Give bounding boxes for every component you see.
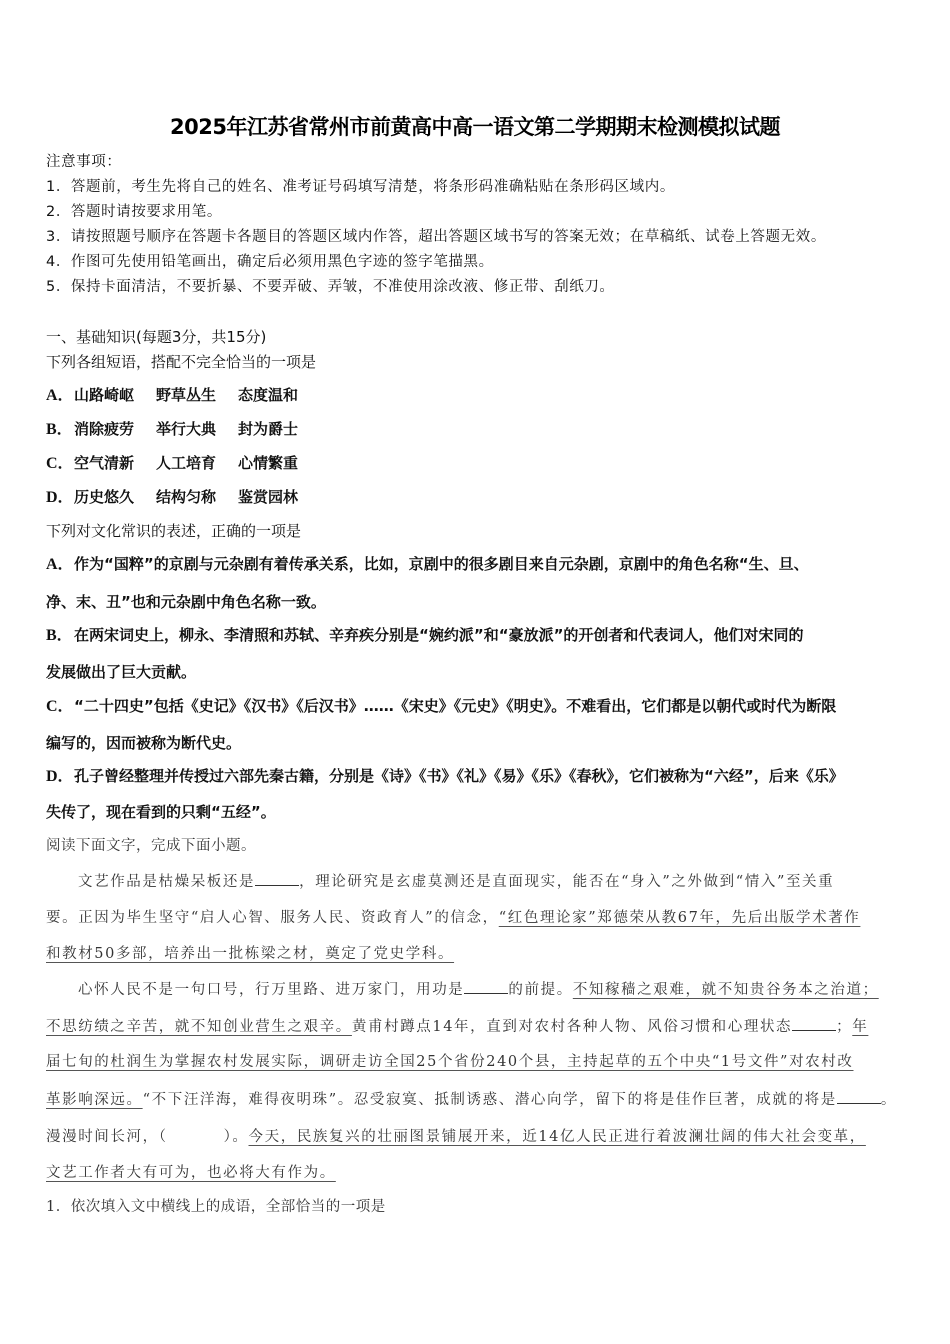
option-text: 在两宋词史上，柳永、李清照和苏轼、辛弃疾分别是“婉约派”和“豪放派”的开创者和代… (74, 626, 803, 644)
underlined-sentence: 和教材50多部，培养出一批栋梁之材，奠定了党史学科。 (46, 946, 454, 962)
underlined-sentence: 今天，民族复兴的壮丽图景铺展开来，近14亿人民正进行着波澜壮阔的伟大社会变革， (249, 1129, 866, 1145)
notice-item-3: 3．请按照题号顺序在答题卡各题目的答题区域内作答，超出答题区域书写的答案无效；在… (46, 227, 826, 247)
notice-item-5: 5．保持卡面清洁，不要折暴、不要弄破、弄皱，不准使用涂改液、修正带、刮纸刀。 (46, 277, 615, 297)
q2-option-b-line2: 发展做出了巨大贡献。 (46, 662, 196, 682)
passage-text: “不下汪洋海，难得夜明珠”。忍受寂寞、抵制诱惑、潜心向学，留下的将是佳作巨著，成… (143, 1092, 837, 1108)
reading-instruction: 阅读下面文字，完成下面小题。 (46, 836, 256, 856)
exam-title: 2025年江苏省常州市前黄高中高一语文第二学期期末检测模拟试题 (0, 111, 950, 141)
underlined-sentence: 不思纺绩之辛苦，就不知创业营生之艰辛。 (46, 1019, 352, 1035)
passage-p2-line2: 不思纺绩之辛苦，就不知创业营生之艰辛。黄甫村蹲点14年，直到对农村各种人物、风俗… (46, 1016, 868, 1037)
q2-option-c-line2: 编写的，因而被称为断代史。 (46, 733, 241, 753)
fill-blank-3 (792, 1016, 836, 1031)
passage-text: 黄甫村蹲点14年，直到对农村各种人物、风俗习惯和心理状态 (352, 1019, 792, 1035)
option-letter: A． (46, 555, 74, 575)
option-letter: D． (46, 767, 74, 787)
option-letter: C． (46, 454, 74, 474)
notice-item-4: 4．作图可先使用铅笔画出，确定后必须用黑色字迹的签字笔描黑。 (46, 252, 494, 272)
notice-item-2: 2．答题时请按要求用笔。 (46, 202, 222, 222)
passage-p2-line1: 心怀人民不是一句口号，行万里路、进万家门，用功是的前提。不知稼穑之艰难，就不知贵… (46, 979, 879, 1000)
q2-option-c-line1: C．“二十四史”包括《史记》《汉书》《后汉书》……《宋史》《元史》《明史》。不难… (46, 696, 836, 717)
notice-heading: 注意事项： (46, 152, 122, 172)
q1-option-d: D．历史悠久结构匀称鉴赏园林 (46, 487, 320, 508)
option-text: 孔子曾经整理并传授过六部先秦古籍，分别是《诗》《书》《礼》《易》《乐》《春秋》，… (74, 767, 844, 785)
option-letter: A． (46, 386, 74, 406)
passage-text: 的前提。 (508, 982, 572, 998)
passage-text: 心怀人民不是一句口号，行万里路、进万家门，用功是 (78, 982, 464, 998)
phrase: 封为爵士 (238, 419, 298, 439)
section-heading: 一、基础知识(每题3分，共15分) (46, 327, 266, 347)
option-letter: B． (46, 626, 74, 646)
option-letter: B． (46, 420, 74, 440)
option-letter: C． (46, 697, 74, 717)
underlined-sentence: 届七旬的杜润生为掌握农村发展实际，调研走访全国25个省份240个县，主持起草的五… (46, 1054, 853, 1070)
phrase: 空气清新 (74, 453, 134, 473)
phrase: 消除疲劳 (74, 419, 134, 439)
q1-option-c: C．空气清新人工培育心情繁重 (46, 453, 320, 474)
phrase: 态度温和 (238, 385, 298, 405)
passage-p2-line4: 革影响深远。“不下汪洋海，难得夜明珠”。忍受寂寞、抵制诱惑、潜心向学，留下的将是… (46, 1089, 897, 1110)
q2-option-a-line1: A．作为“国粹”的京剧与元杂剧有着传承关系，比如，京剧中的很多剧目来自元杂剧，京… (46, 554, 809, 575)
passage-text: 。 (881, 1092, 897, 1108)
phrase: 历史悠久 (74, 487, 134, 507)
passage-p2-line5: 漫漫时间长河，（）。今天，民族复兴的壮丽图景铺展开来，近14亿人民正进行着波澜壮… (46, 1127, 866, 1147)
passage-text: 漫漫时间长河，（ (46, 1129, 168, 1145)
passage-text: 文艺作品是枯燥呆板还是 (78, 874, 255, 890)
phrase: 鉴赏园林 (238, 487, 298, 507)
option-letter: D． (46, 488, 74, 508)
notice-item-1: 1．答题前，考生先将自己的姓名、准考证号码填写清楚，将条形码准确粘贴在条形码区域… (46, 177, 675, 197)
fill-blank-2 (464, 979, 508, 994)
q1-option-a: A．山路崎岖野草丛生态度温和 (46, 385, 320, 406)
fill-blank-4 (837, 1089, 881, 1104)
phrase: 野草丛生 (156, 385, 216, 405)
phrase: 心情繁重 (238, 453, 298, 473)
option-text: “二十四史”包括《史记》《汉书》《后汉书》……《宋史》《元史》《明史》。不难看出… (74, 697, 836, 715)
phrase: 人工培育 (156, 453, 216, 473)
phrase: 山路崎岖 (74, 385, 134, 405)
q2-option-b-line1: B．在两宋词史上，柳永、李清照和苏轼、辛弃疾分别是“婉约派”和“豪放派”的开创者… (46, 625, 803, 646)
passage-p1-line2: 要。正因为毕生坚守“启人心智、服务人民、资政育人”的信念，“红色理论家”郑德荣从… (46, 908, 860, 928)
underlined-sentence: “红色理论家”郑德荣从教67年，先后出版学术著作 (499, 910, 861, 926)
q2-option-a-line2: 净、末、丑”也和元杂剧中角色名称一致。 (46, 592, 326, 612)
phrase: 举行大典 (156, 419, 216, 439)
underlined-sentence: 年 (852, 1019, 868, 1035)
underlined-sentence: 文艺工作者大有可为，也必将大有作为。 (46, 1165, 336, 1181)
passage-text: ）。 (224, 1129, 249, 1145)
passage-text: 要。正因为毕生坚守“启人心智、服务人民、资政育人”的信念， (46, 910, 499, 926)
underlined-sentence: 不知稼穑之艰难，就不知贵谷务本之治道； (573, 982, 879, 998)
passage-p1-line3: 和教材50多部，培养出一批栋梁之材，奠定了党史学科。 (46, 944, 454, 964)
phrase: 结构匀称 (156, 487, 216, 507)
passage-text: ，理论研究是玄虚莫测还是直面现实，能否在“身入”之外做到“情入”至关重 (299, 874, 834, 890)
exam-page: 2025年江苏省常州市前黄高中高一语文第二学期期末检测模拟试题 注意事项： 1．… (0, 0, 950, 1344)
q2-option-d-line2: 失传了，现在看到的只剩“五经”。 (46, 802, 276, 822)
question-stem-phrases: 下列各组短语，搭配不完全恰当的一项是 (46, 352, 316, 372)
question-stem-culture: 下列对文化常识的表述，正确的一项是 (46, 521, 301, 541)
q2-option-d-line1: D．孔子曾经整理并传授过六部先秦古籍，分别是《诗》《书》《礼》《易》《乐》《春秋… (46, 766, 844, 787)
passage-p1-line1: 文艺作品是枯燥呆板还是，理论研究是玄虚莫测还是直面现实，能否在“身入”之外做到“… (46, 871, 834, 892)
question-1-stem: 1．依次填入文中横线上的成语，全部恰当的一项是 (46, 1197, 386, 1217)
fill-blank-1 (255, 871, 299, 886)
underlined-sentence: 革影响深远。 (46, 1092, 143, 1108)
option-text: 作为“国粹”的京剧与元杂剧有着传承关系，比如，京剧中的很多剧目来自元杂剧，京剧中… (74, 555, 809, 573)
passage-text: ； (836, 1019, 852, 1035)
passage-p2-line6: 文艺工作者大有可为，也必将大有作为。 (46, 1163, 336, 1183)
passage-p2-line3: 届七旬的杜润生为掌握农村发展实际，调研走访全国25个省份240个县，主持起草的五… (46, 1052, 853, 1072)
q1-option-b: B．消除疲劳举行大典封为爵士 (46, 419, 320, 440)
